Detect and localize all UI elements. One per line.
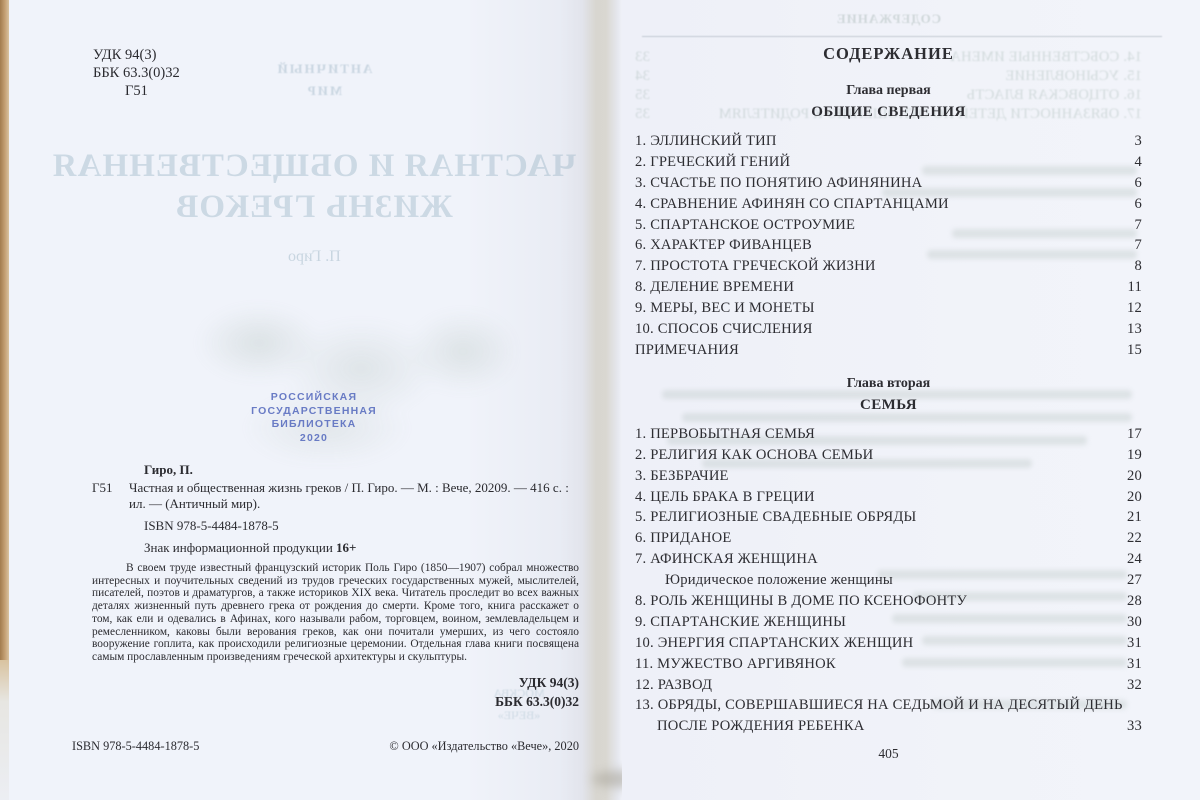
toc-entry-label: 5. СПАРТАНСКОЕ ОСТРОУМИЕ (635, 217, 855, 234)
toc-entry: 6. ПРИДАНОЕ22 (635, 530, 1142, 545)
toc-entry: ПРИМЕЧАНИЯ15 (635, 342, 1142, 357)
toc-entry-label: 11. МУЖЕСТВО АРГИВЯНОК (635, 656, 836, 673)
toc-entry: 7. АФИНСКАЯ ЖЕНЩИНА24 (635, 551, 1142, 566)
toc-entry-label: 3. СЧАСТЬЕ ПО ПОНЯТИЮ АФИНЯНИНА (635, 175, 922, 192)
toc-entry-continued: ПОСЛЕ РОЖДЕНИЯ РЕБЕНКА33 (635, 718, 1142, 733)
showthrough-series-title: АНТИЧНЫЙ МИР (239, 58, 409, 102)
stamp-line: РОССИЙСКАЯ (234, 391, 394, 405)
toc-entry: 13. ОБРЯДЫ, СОВЕРШАВШИЕСЯ НА СЕДЬМОЙ И Н… (635, 697, 1142, 712)
toc-entry: 12. РАЗВОД32 (635, 677, 1142, 692)
toc-entry-label: 12. РАЗВОД (635, 677, 712, 694)
catalog-author: Гиро, П. (92, 462, 579, 478)
stamp-line: 2020 (234, 432, 394, 446)
toc-entry-label: 9. МЕРЫ, ВЕС И МОНЕТЫ (635, 300, 815, 317)
toc-entry: 5. РЕЛИГИОЗНЫЕ СВАДЕБНЫЕ ОБРЯДЫ21 (635, 509, 1142, 524)
toc-entry: 6. ХАРАКТЕР ФИВАНЦЕВ7 (635, 237, 1142, 252)
toc-entry: 2. ГРЕЧЕСКИЙ ГЕНИЙ4 (635, 154, 1142, 169)
toc-page-number: 3 (1120, 133, 1142, 150)
toc-entry: 1. ПЕРВОБЫТНАЯ СЕМЬЯ17 (635, 426, 1142, 441)
toc-page-number: 12 (1120, 300, 1142, 317)
toc-entry-label: 8. ДЕЛЕНИЕ ВРЕМЕНИ (635, 279, 794, 296)
toc-entry: 10. ЭНЕРГИЯ СПАРТАНСКИХ ЖЕНЩИН31 (635, 635, 1142, 650)
toc-page-number: 15 (1120, 342, 1142, 359)
toc-entry-label: 7. ПРОСТОТА ГРЕЧЕСКОЙ ЖИЗНИ (635, 258, 876, 275)
catalog-entry: Г51 Частная и общественная жизнь греков … (92, 480, 579, 511)
toc-page-number: 28 (1120, 593, 1142, 610)
toc-chapters: Глава перваяОБЩИЕ СВЕДЕНИЯ1. ЭЛЛИНСКИЙ Т… (635, 83, 1142, 733)
toc-entry-label: 3. БЕЗБРАЧИЕ (635, 468, 729, 485)
toc-page-number: 7 (1120, 217, 1142, 234)
chapter-heading: Глава вторая (635, 376, 1142, 392)
toc-entry-label: 13. ОБРЯДЫ, СОВЕРШАВШИЕСЯ НА СЕДЬМОЙ И Н… (635, 697, 1123, 714)
toc-entry: 4. ЦЕЛЬ БРАКА В ГРЕЦИИ20 (635, 489, 1142, 504)
toc-page-number: 19 (1120, 447, 1142, 464)
toc-entry-label: 10. ЭНЕРГИЯ СПАРТАНСКИХ ЖЕНЩИН (635, 635, 913, 652)
udk-line: ББК 63.3(0)32 (93, 64, 180, 82)
toc-page-number: 20 (1120, 468, 1142, 485)
toc-entry-label: 8. РОЛЬ ЖЕНЩИНЫ В ДОМЕ ПО КСЕНОФОНТУ (635, 593, 967, 610)
contents-title: СОДЕРЖАНИЕ (635, 0, 1142, 64)
toc-entry: 9. МЕРЫ, ВЕС И МОНЕТЫ12 (635, 300, 1142, 315)
footer-isbn: ISBN 978-5-4484-1878-5 (72, 739, 199, 754)
catalog-code: Г51 (92, 480, 129, 511)
catalog-card: Гиро, П. Г51 Частная и общественная жизн… (92, 462, 579, 711)
isbn-line: ISBN 978-5-4484-1878-5 (92, 518, 579, 534)
age-mark-line: Знак информационной продукции 16+ (92, 540, 579, 556)
toc-entry: 10. СПОСОБ СЧИСЛЕНИЯ13 (635, 321, 1142, 336)
toc-entry-label: 1. ЭЛЛИНСКИЙ ТИП (635, 133, 777, 150)
toc-entry-label: 6. ХАРАКТЕР ФИВАНЦЕВ (635, 237, 812, 254)
toc-entry: 1. ЭЛЛИНСКИЙ ТИП3 (635, 133, 1142, 148)
toc-entry: Юридическое положение женщины27 (635, 572, 1142, 587)
chapter-subheading: СЕМЬЯ (635, 397, 1142, 414)
age-mark-label: Знак информационной продукции (144, 540, 333, 555)
toc-entry: 2. РЕЛИГИЯ КАК ОСНОВА СЕМЬИ19 (635, 447, 1142, 462)
footer-copyright: © ООО «Издательство «Вече», 2020 (389, 739, 579, 754)
showthrough-author: П. Гиро (19, 248, 609, 266)
chapter-heading: Глава первая (635, 83, 1142, 99)
toc-page-number: 6 (1120, 196, 1142, 213)
toc-page-number: 31 (1120, 656, 1142, 673)
page-gutter (582, 0, 622, 800)
stamp-line: БИБЛИОТЕКА (234, 418, 394, 432)
contents-page: СОДЕРЖАНИЕ 14. СОБСТВЕННЫЕ ИМЕНА3315. УС… (622, 0, 1200, 800)
book-cover-edge (0, 0, 9, 668)
toc-page-number: 13 (1120, 321, 1142, 338)
toc-entry-label: 6. ПРИДАНОЕ (635, 530, 731, 547)
toc-page-number: 8 (1120, 258, 1142, 275)
toc-chapter: Глава втораяСЕМЬЯ1. ПЕРВОБЫТНАЯ СЕМЬЯ172… (635, 376, 1142, 733)
toc-page-number: 30 (1120, 614, 1142, 631)
toc-entry-label: 2. РЕЛИГИЯ КАК ОСНОВА СЕМЬИ (635, 447, 873, 464)
toc-entry: 8. РОЛЬ ЖЕНЩИНЫ В ДОМЕ ПО КСЕНОФОНТУ28 (635, 593, 1142, 608)
showthrough-book-title: ЧАСТНАЯ И ОБЩЕСТВЕННАЯ ЖИЗНЬ ГРЕКОВ (19, 146, 609, 228)
age-mark-value: 16+ (336, 540, 356, 555)
udk-line: УДК 94(3) (93, 46, 180, 64)
toc-page-number: 4 (1120, 154, 1142, 171)
toc-entry-label: ПРИМЕЧАНИЯ (635, 342, 739, 359)
toc-entry: 8. ДЕЛЕНИЕ ВРЕМЕНИ11 (635, 279, 1142, 294)
annotation-text: В своем труде известный французский исто… (92, 562, 579, 664)
library-stamp: РОССИЙСКАЯГОСУДАРСТВЕННАЯБИБЛИОТЕКА2020 (234, 391, 394, 445)
book-cover-edge-fade (0, 660, 9, 800)
toc-entry-label: 4. СРАВНЕНИЕ АФИНЯН СО СПАРТАНЦАМИ (635, 196, 949, 213)
toc-entry-label: Юридическое положение женщины (635, 572, 893, 589)
udk-line: Г51 (93, 82, 180, 100)
toc-page-number: 31 (1120, 635, 1142, 652)
toc-entry: 3. БЕЗБРАЧИЕ20 (635, 468, 1142, 483)
toc-entry: 4. СРАВНЕНИЕ АФИНЯН СО СПАРТАНЦАМИ6 (635, 196, 1142, 211)
toc-page-number: 7 (1120, 237, 1142, 254)
contents-column: СОДЕРЖАНИЕ Глава перваяОБЩИЕ СВЕДЕНИЯ1. … (635, 0, 1142, 762)
toc-entry-label: 7. АФИНСКАЯ ЖЕНЩИНА (635, 551, 818, 568)
toc-page-number: 17 (1120, 426, 1142, 443)
imprint-footer: ISBN 978-5-4484-1878-5 © ООО «Издательст… (72, 739, 579, 754)
toc-page-number: 6 (1120, 175, 1142, 192)
toc-page-number: 32 (1120, 677, 1142, 694)
stamp-line: ГОСУДАРСТВЕННАЯ (234, 405, 394, 419)
toc-entry: 5. СПАРТАНСКОЕ ОСТРОУМИЕ7 (635, 217, 1142, 232)
toc-entry: 3. СЧАСТЬЕ ПО ПОНЯТИЮ АФИНЯНИНА6 (635, 175, 1142, 190)
toc-entry-label: 4. ЦЕЛЬ БРАКА В ГРЕЦИИ (635, 489, 815, 506)
toc-page-number: 27 (1120, 572, 1142, 589)
toc-entry: 9. СПАРТАНСКИЕ ЖЕНЩИНЫ30 (635, 614, 1142, 629)
book-scan: УДК 94(3)ББК 63.3(0)32Г51 АНТИЧНЫЙ МИР Ч… (0, 0, 1200, 800)
catalog-description: Частная и общественная жизнь греков / П.… (129, 480, 579, 511)
toc-page-number: 33 (1120, 718, 1142, 735)
toc-entry-label: 5. РЕЛИГИОЗНЫЕ СВАДЕБНЫЕ ОБРЯДЫ (635, 509, 916, 526)
toc-entry-label: 9. СПАРТАНСКИЕ ЖЕНЩИНЫ (635, 614, 846, 631)
toc-page-number: 24 (1120, 551, 1142, 568)
toc-entry-label: 1. ПЕРВОБЫТНАЯ СЕМЬЯ (635, 426, 815, 443)
toc-page-number: 21 (1120, 509, 1142, 526)
toc-entry: 11. МУЖЕСТВО АРГИВЯНОК31 (635, 656, 1142, 671)
chapter-subheading: ОБЩИЕ СВЕДЕНИЯ (635, 104, 1142, 121)
page-number: 405 (635, 746, 1142, 762)
toc-entry-label: ПОСЛЕ РОЖДЕНИЯ РЕБЕНКА (635, 718, 865, 735)
toc-chapter: Глава перваяОБЩИЕ СВЕДЕНИЯ1. ЭЛЛИНСКИЙ Т… (635, 83, 1142, 357)
toc-entry-label: 10. СПОСОБ СЧИСЛЕНИЯ (635, 321, 813, 338)
imprint-page: УДК 94(3)ББК 63.3(0)32Г51 АНТИЧНЫЙ МИР Ч… (9, 0, 582, 800)
toc-page-number: 20 (1120, 489, 1142, 506)
showthrough-publisher: МОСКВА «ВЕЧЕ» (439, 682, 599, 726)
toc-entry: 7. ПРОСТОТА ГРЕЧЕСКОЙ ЖИЗНИ8 (635, 258, 1142, 273)
toc-entry-label: 2. ГРЕЧЕСКИЙ ГЕНИЙ (635, 154, 790, 171)
toc-page-number: 11 (1120, 279, 1142, 296)
udk-classification-block: УДК 94(3)ББК 63.3(0)32Г51 (93, 46, 180, 100)
toc-page-number: 22 (1120, 530, 1142, 547)
